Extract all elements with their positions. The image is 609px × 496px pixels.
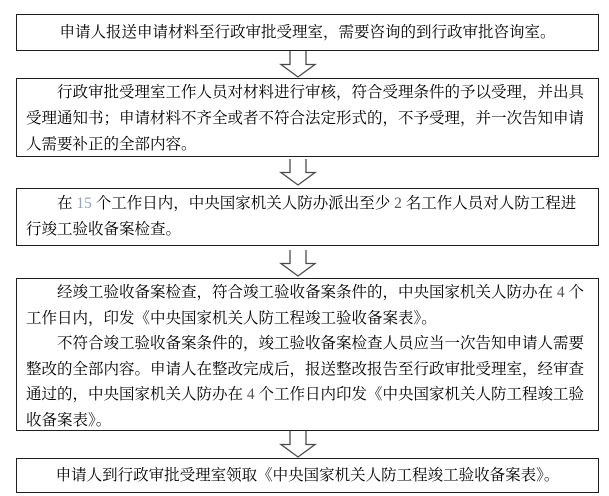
- text-segment: 个工作日内，中央国家机关人防办派出至少: [92, 195, 394, 212]
- step-text: 在 15 个工作日内，中央国家机关人防办派出至少 2 名工作人员对人防工程进行竣…: [26, 191, 589, 243]
- staff-count-2: 2: [394, 195, 402, 212]
- down-arrow-icon: [278, 250, 318, 277]
- text-segment: 在: [57, 195, 76, 212]
- step-paragraph-fail: 不符合竣工验收备案条件的，竣工验收备案检查人员应当一次告知申请人需要整改的全部内…: [26, 331, 589, 433]
- step-text: 行政审批受理室工作人员对材料进行审核，符合受理条件的予以受理，并出具受理通知书；…: [26, 80, 589, 158]
- flow-step-site-inspection: 在 15 个工作日内，中央国家机关人防办派出至少 2 名工作人员对人防工程进行竣…: [16, 188, 599, 246]
- flow-step-record-issue-or-rectify: 经竣工验收备案检查，符合竣工验收备案条件的，中央国家机关人防办在 4 个工作日内…: [16, 278, 599, 431]
- step-paragraph-pass: 经竣工验收备案检查，符合竣工验收备案条件的，中央国家机关人防办在 4 个工作日内…: [26, 280, 589, 331]
- flow-step-submit-materials: 申请人报送申请材料至行政审批受理室，需要咨询的到行政审批咨询室。: [16, 14, 599, 51]
- step-text: 申请人到行政审批受理室领取《中央国家机关人防工程竣工验收备案表》。: [56, 463, 560, 489]
- step-text: 申请人报送申请材料至行政审批受理室，需要咨询的到行政审批咨询室。: [59, 20, 555, 46]
- approval-flowchart: 申请人报送申请材料至行政审批受理室，需要咨询的到行政审批咨询室。 行政审批受理室…: [0, 0, 609, 496]
- down-arrow-icon: [278, 431, 318, 458]
- flow-step-collect-record-form: 申请人到行政审批受理室领取《中央国家机关人防工程竣工验收备案表》。: [16, 458, 599, 493]
- flow-step-material-review: 行政审批受理室工作人员对材料进行审核，符合受理条件的予以受理，并出具受理通知书；…: [16, 78, 599, 157]
- working-days-4: 4: [247, 386, 255, 403]
- down-arrow-icon: [278, 51, 318, 78]
- working-days-15: 15: [76, 195, 92, 212]
- down-arrow-icon: [278, 159, 318, 186]
- working-days-4: 4: [557, 284, 565, 301]
- text-segment: 经竣工验收备案检查，符合竣工验收备案条件的，中央国家机关人防办在: [57, 284, 557, 301]
